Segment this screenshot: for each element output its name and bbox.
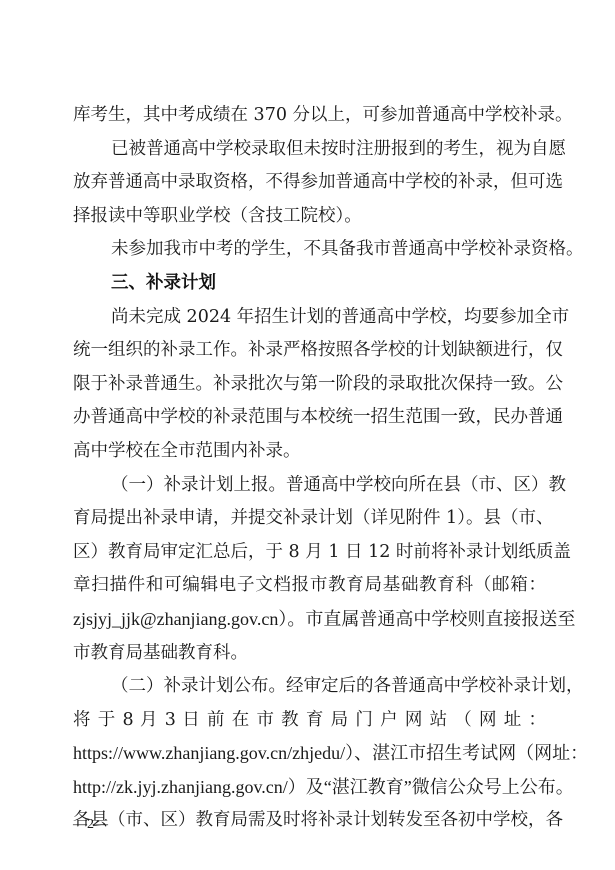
text-line-8: 统一组织的补录工作。补录严格按照各学校的计划缺额进行，仅 bbox=[73, 334, 546, 368]
text-line-13: 育局提出补录申请，并提交补录计划（详见附件 1）。县（市、 bbox=[73, 502, 546, 536]
text-line-10: 办普通高中学校的补录范围与本校统一招生范围一致，民办普通 bbox=[73, 401, 546, 435]
text-line-14: 区）教育局审定汇总后，于 8 月 1 日 12 时前将补录计划纸质盖 bbox=[73, 536, 546, 570]
email-line: zjsjyj_jjk@zhanjiang.gov.cn）。市直属普通高中学校则直… bbox=[73, 603, 546, 637]
url-line-2: http://zk.jyj.zhanjiang.gov.cn/）及“湛江教育”微… bbox=[73, 771, 546, 805]
text-line-11: 高中学校在全市范围内补录。 bbox=[73, 435, 546, 469]
text-line-1: 库考生，其中考成绩在 370 分以上，可参加普通高中学校补录。 bbox=[73, 99, 546, 133]
text-line-3: 放弃普通高中录取资格，不得参加普通高中学校的补录，但可选 bbox=[73, 166, 546, 200]
text-line-2: 已被普通高中学校录取但未按时注册报到的考生，视为自愿 bbox=[73, 133, 546, 167]
text-line-9: 限于补录普通生。补录批次与第一阶段的录取批次保持一致。公 bbox=[73, 368, 546, 402]
document-page: 库考生，其中考成绩在 370 分以上，可参加普通高中学校补录。 已被普通高中学校… bbox=[0, 0, 615, 870]
subsection-1-line: （一）补录计划上报。普通高中学校向所在县（市、区）教 bbox=[73, 469, 546, 503]
text-line-17: 市教育局基础教育科。 bbox=[73, 637, 546, 671]
section-heading: 三、补录计划 bbox=[73, 267, 546, 301]
text-line-19: 将 于 8 月 3 日 前 在 市 教 育 局 门 户 网 站 （ 网 址 ： bbox=[73, 704, 546, 738]
subsection-2-line: （二）补录计划公布。经审定后的各普通高中学校补录计划， bbox=[73, 670, 546, 704]
text-line-7: 尚未完成 2024 年招生计划的普通高中学校，均要参加全市 bbox=[73, 301, 546, 335]
text-line-5: 未参加我市中考的学生，不具备我市普通高中学校补录资格。 bbox=[73, 233, 546, 267]
text-line-4: 择报读中等职业学校（含技工院校）。 bbox=[73, 200, 546, 234]
text-line-22: 各县（市、区）教育局需及时将补录计划转发至各初中学校，各 bbox=[73, 804, 546, 838]
page-number: —2— bbox=[73, 817, 108, 833]
text-line-15: 章扫描件和可编辑电子文档报市教育局基础教育科（邮箱： bbox=[73, 569, 546, 603]
document-body: 库考生，其中考成绩在 370 分以上，可参加普通高中学校补录。 已被普通高中学校… bbox=[73, 99, 546, 838]
url-line-1: https://www.zhanjiang.gov.cn/zhjedu/）、湛江… bbox=[73, 737, 546, 771]
